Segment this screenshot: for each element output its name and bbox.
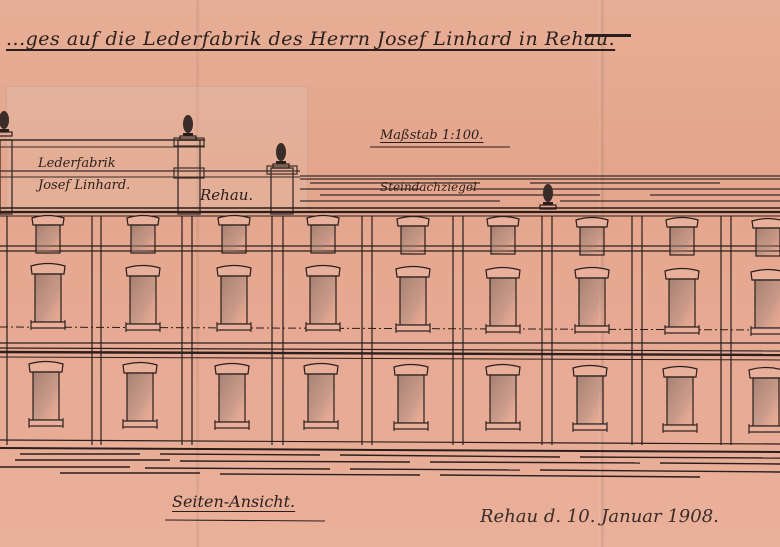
- upper-windows: [31, 264, 780, 337]
- finial-icon: [273, 143, 289, 168]
- roof-label: Steindachziegel: [380, 180, 477, 194]
- title-dash: [585, 34, 631, 37]
- finial-icon: [180, 115, 196, 140]
- belt-course: [0, 348, 780, 360]
- building-label: Lederfabrik Josef Linhard.: [38, 153, 130, 197]
- attic-band: [0, 246, 780, 251]
- attic-windows: [32, 216, 780, 257]
- floor-line: [0, 327, 780, 330]
- city-label: Rehau.: [200, 186, 253, 204]
- finial-icon: [0, 111, 12, 136]
- building-label-line1: Lederfabrik: [38, 153, 130, 175]
- plinth: [0, 448, 780, 477]
- ground-windows: [29, 362, 780, 435]
- date-signature: Rehau d. 10. Januar 1908.: [480, 506, 719, 527]
- view-caption: Seiten-Ansicht.: [172, 492, 295, 511]
- scale-label: Maßstab 1:100.: [380, 128, 483, 143]
- roof-lines: [300, 176, 780, 201]
- elevation-drawing: [0, 0, 780, 547]
- cornice: [0, 208, 780, 216]
- finial-icon: [540, 184, 556, 209]
- building-label-line2: Josef Linhard.: [38, 175, 130, 197]
- drawing-title: ...ges auf die Lederfabrik des Herrn Jos…: [6, 28, 615, 50]
